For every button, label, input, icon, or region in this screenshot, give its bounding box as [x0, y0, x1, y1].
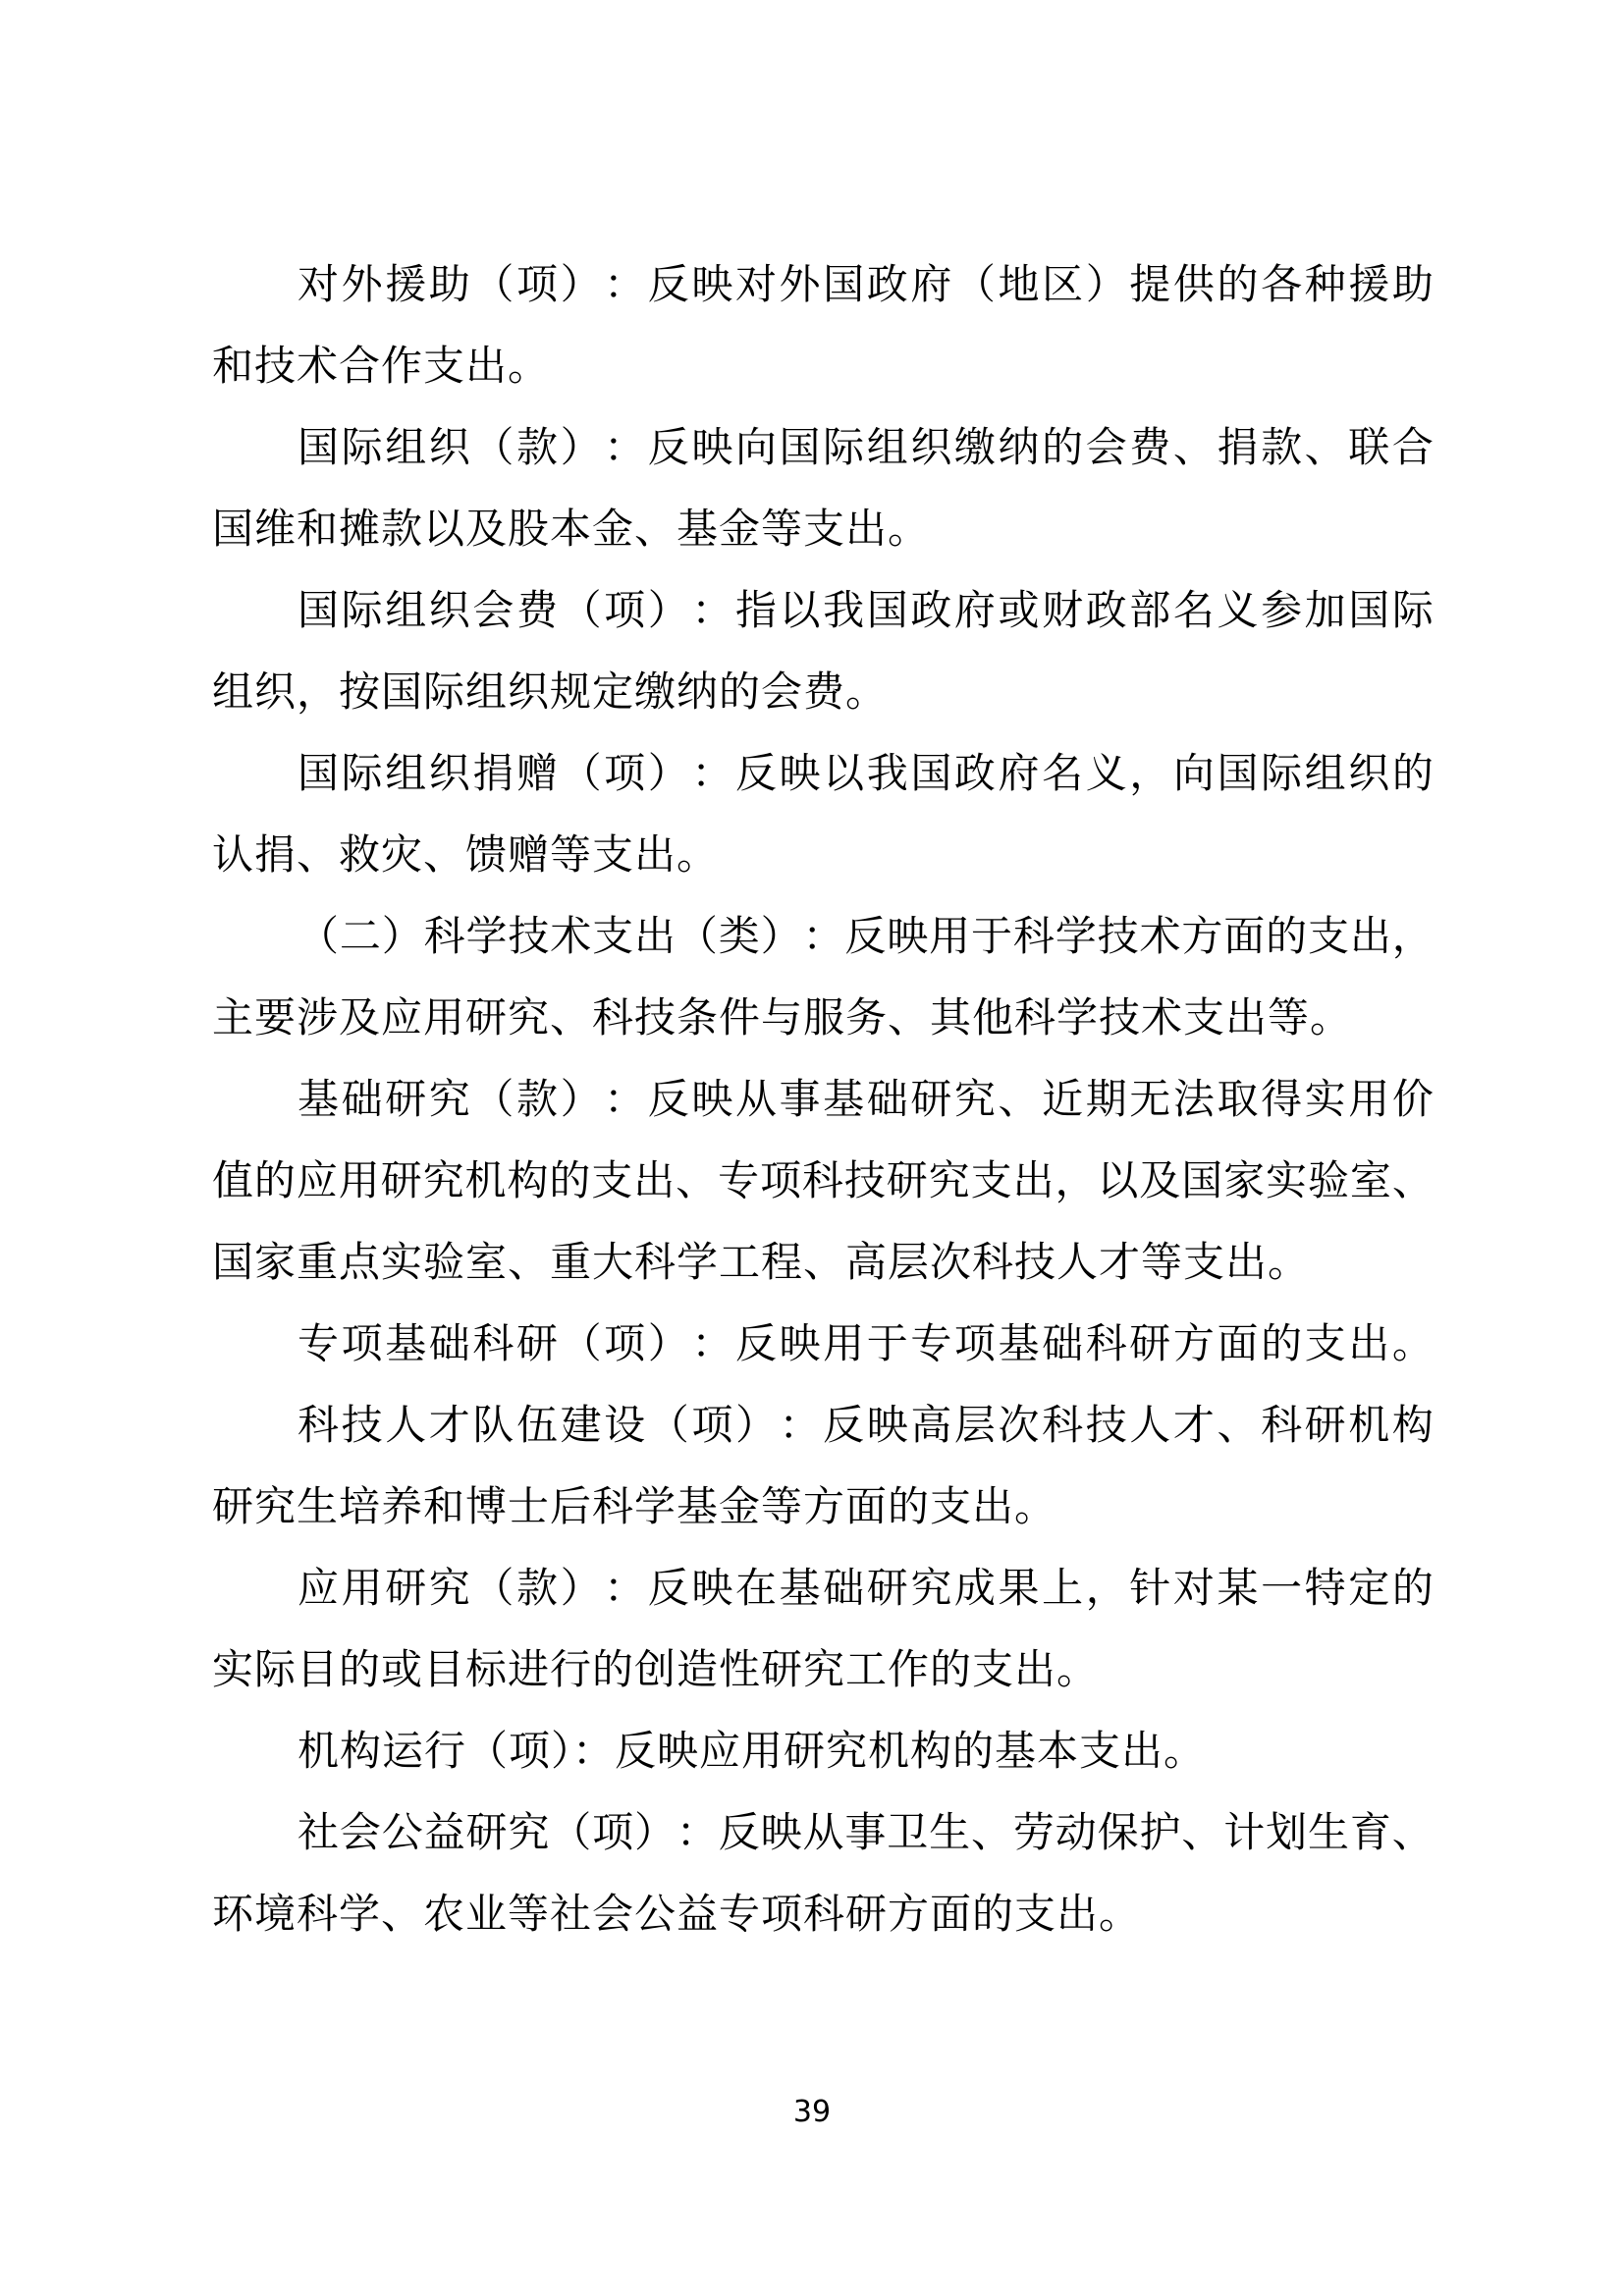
text-line: 和技术合作支出。: [212, 327, 1434, 408]
text-line: 研究生培养和博士后科学基金等方面的支出。: [212, 1468, 1434, 1549]
text-block: 对外援助（项）：反映对外国政府（地区）提供的各种援助和技术合作支出。国际组织（款…: [212, 245, 1434, 1956]
text-line: 科技人才队伍建设（项）：反映高层次科技人才、科研机构: [212, 1386, 1434, 1468]
text-line: 国家重点实验室、重大科学工程、高层次科技人才等支出。: [212, 1223, 1434, 1305]
text-line: 社会公益研究（项）：反映从事卫生、劳动保护、计划生育、: [212, 1793, 1434, 1875]
text-line: （二）科学技术支出（类）：反映用于科学技术方面的支出，: [212, 897, 1434, 979]
text-line: 环境科学、农业等社会公益专项科研方面的支出。: [212, 1875, 1434, 1956]
page-number: 39: [0, 2089, 1624, 2136]
text-line: 主要涉及应用研究、科技条件与服务、其他科学技术支出等。: [212, 979, 1434, 1060]
text-line: 基础研究（款）：反映从事基础研究、近期无法取得实用价: [212, 1060, 1434, 1142]
text-line: 机构运行（项）：反映应用研究机构的基本支出。: [212, 1712, 1434, 1793]
document-page: 对外援助（项）：反映对外国政府（地区）提供的各种援助和技术合作支出。国际组织（款…: [0, 0, 1624, 2296]
text-line: 值的应用研究机构的支出、专项科技研究支出，以及国家实验室、: [212, 1142, 1434, 1223]
text-line: 实际目的或目标进行的创造性研究工作的支出。: [212, 1630, 1434, 1712]
text-line: 认捐、救灾、馈赠等支出。: [212, 816, 1434, 897]
text-line: 国际组织（款）：反映向国际组织缴纳的会费、捐款、联合: [212, 408, 1434, 490]
text-line: 国际组织捐赠（项）：反映以我国政府名义，向国际组织的: [212, 734, 1434, 816]
text-line: 应用研究（款）：反映在基础研究成果上，针对某一特定的: [212, 1549, 1434, 1630]
text-line: 国际组织会费（项）：指以我国政府或财政部名义参加国际: [212, 571, 1434, 653]
text-line: 组织，按国际组织规定缴纳的会费。: [212, 653, 1434, 734]
text-line: 专项基础科研（项）：反映用于专项基础科研方面的支出。: [212, 1305, 1434, 1386]
text-line: 对外援助（项）：反映对外国政府（地区）提供的各种援助: [212, 245, 1434, 327]
text-line: 国维和摊款以及股本金、基金等支出。: [212, 490, 1434, 571]
